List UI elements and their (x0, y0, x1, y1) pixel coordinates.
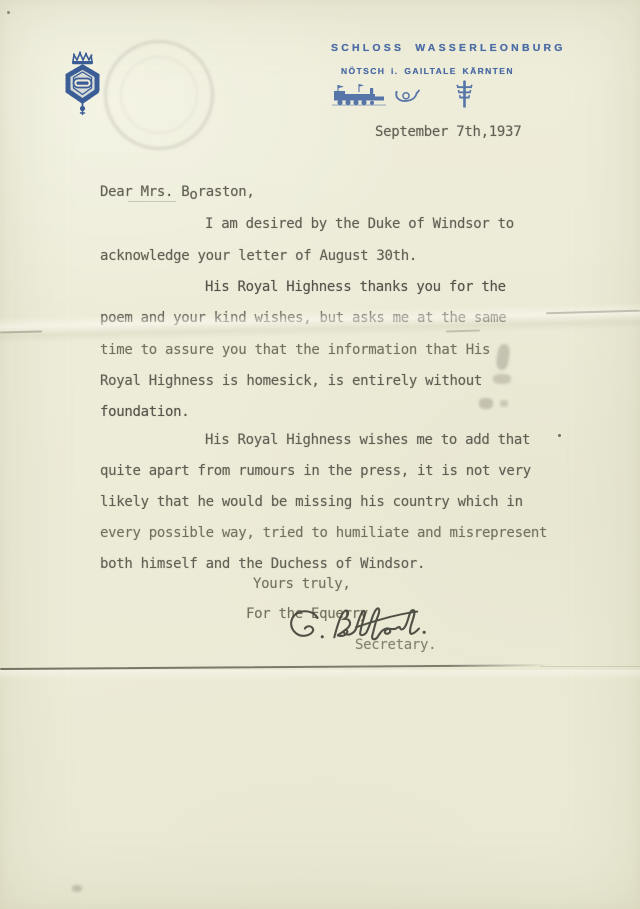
body-line: I am desired by the Duke of Windsor to (205, 216, 514, 232)
ink-speck (503, 470, 505, 472)
signature-title-line: Secretary. (355, 637, 436, 653)
body-line: His Royal Highness thanks you for the (205, 279, 506, 295)
paper-smudge (72, 885, 82, 892)
body-line: His Royal Highness wishes me to add that (205, 432, 530, 448)
body-line: foundation. (100, 404, 189, 420)
crowned-badge-crest-icon (60, 50, 106, 120)
salutation-post: raston, (198, 184, 255, 200)
body-line: Royal Highness is homesick, is entirely … (100, 373, 482, 389)
salutation-dropped-letter: o (189, 187, 197, 203)
body-line: acknowledge your letter of August 30th. (100, 248, 417, 264)
letter-page: SCHLOSS WASSERLEONBURG NÖTSCH i. GAILTAL… (0, 0, 640, 909)
letterhead-address: NÖTSCH i. GAILTALE KÄRNTEN (341, 66, 514, 76)
body-line: every possible way, tried to humiliate a… (100, 525, 547, 541)
typewriter-impression-mark (128, 201, 176, 202)
body-line: both himself and the Duchess of Windsor. (100, 556, 425, 572)
ink-speck (7, 11, 10, 14)
ink-speck (558, 434, 561, 437)
pencil-smudge (495, 343, 511, 370)
fold-crease-lower-highlight (0, 670, 640, 680)
telegraph-pole-icon (455, 80, 474, 109)
pencil-smudge (479, 398, 493, 409)
body-line: quite apart from rumours in the press, i… (100, 463, 531, 479)
fold-crease-upper (0, 303, 640, 344)
embossed-seal-watermark (104, 40, 214, 150)
railway-locomotive-icon (332, 83, 390, 106)
date-line: September 7th,1937 (375, 124, 521, 140)
fold-crease-lower-faint (540, 666, 640, 667)
body-line: likely that he would be missing his coun… (100, 494, 523, 510)
pencil-smudge (500, 400, 508, 407)
embossed-seal-inner-ring (120, 56, 198, 134)
body-line: time to assure you that the information … (100, 342, 490, 358)
pencil-smudge (493, 374, 511, 384)
valediction: Yours truly, (253, 576, 351, 592)
salutation: Dear Mrs. Boraston, (100, 184, 254, 200)
post-horn-icon (394, 88, 421, 104)
salutation-pre: Dear Mrs. B (100, 184, 189, 200)
letterhead-name: SCHLOSS WASSERLEONBURG (331, 42, 566, 54)
